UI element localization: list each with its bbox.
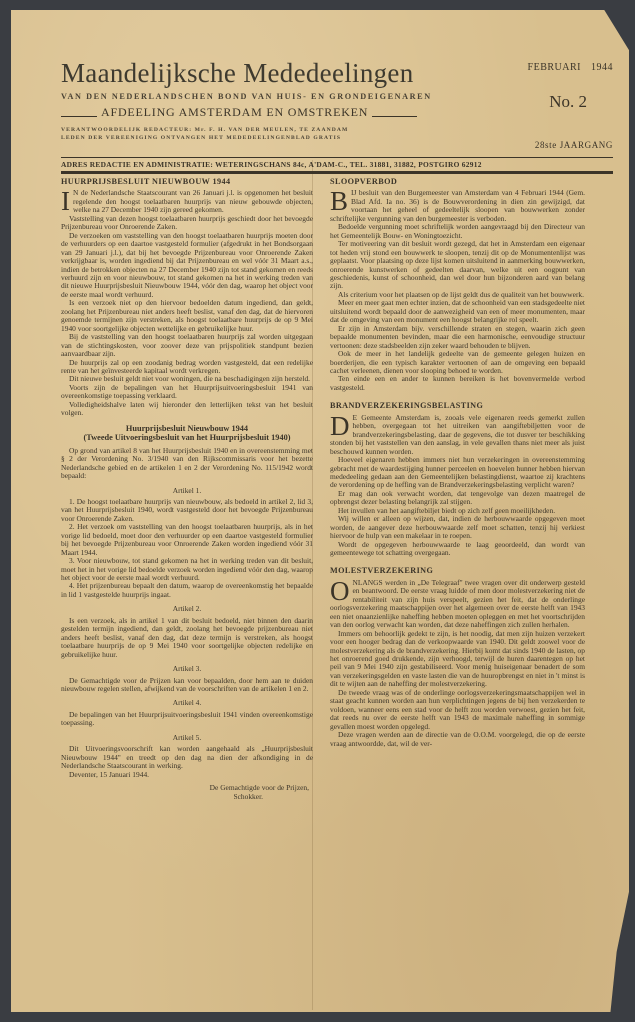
members-line: LEDEN DER VEREENIGING ONTVANGEN HET MEDE… (61, 134, 613, 142)
article-1-lid-1: 1. De hoogst toelaatbare huurprijs van n… (61, 498, 313, 523)
drop-cap: I (61, 190, 70, 212)
paragraph: De tweede vraag was of de onderlinge oor… (330, 689, 585, 731)
article-1-lid-4: 4. Het prijzenbureau bepaalt den datum, … (61, 582, 313, 599)
article-5-title: Artikel 5. (61, 734, 313, 742)
publisher-line: VAN DEN NEDERLANDSCHEN BOND VAN HUIS- EN… (61, 92, 613, 101)
place-and-date: Deventer, 15 Januari 1944. (61, 771, 313, 779)
drop-cap: B (330, 190, 348, 212)
divider-thick (61, 171, 613, 174)
article-4-text: De bepalingen van het Huurprijsuitvoerin… (61, 711, 313, 728)
paragraph: Voorts zijn de bepalingen van het Huurpr… (61, 384, 313, 401)
article-3-text: De Gemachtigde voor de Prijzen kan voor … (61, 677, 313, 694)
article-heading-brandverzekeringsbelasting: BRANDVERZEKERINGSBELASTING (330, 402, 585, 410)
issue-date: FEBRUARI1944 (518, 62, 613, 73)
paragraph: Immers om behoorlijk gedekt te zijn, is … (330, 630, 585, 689)
decree-title: Huurprijsbesluit Nieuwbouw 1944(Tweede U… (61, 424, 313, 443)
article-heading-sloopverbod: SLOOPVERBOD (330, 178, 585, 186)
paragraph: Ter motiveering van dit besluit wordt ge… (330, 240, 585, 291)
paragraph: Er mag dan ook verwacht worden, dat teng… (330, 490, 585, 507)
address-line: ADRES REDACTIE EN ADMINISTRATIE: WETERIN… (61, 160, 613, 169)
article-1-lid-3: 3. Voor nieuwbouw, tot stand gekomen na … (61, 557, 313, 582)
editor-line: VERANTWOORDELIJK REDACTEUR: Mr. F. H. VA… (61, 126, 613, 134)
paragraph: Is een verzoek niet op den hiervoor bedo… (61, 299, 313, 333)
paragraph: De huurprijs zal op een zoodanig bedrag … (61, 359, 313, 376)
paragraph: Vaststelling van dezen hoogst toelaatbar… (61, 215, 313, 232)
issue-year: 1944 (591, 62, 613, 73)
rule-left (61, 108, 97, 117)
signatory-title: De Gemachtigde voor de Prijzen, (61, 784, 313, 792)
rule-right (372, 108, 417, 117)
signatory-name: Schokker. (61, 793, 313, 801)
divider-thin (61, 157, 613, 158)
article-lead-paragraph: IN de Nederlandsche Staatscourant van 26… (61, 189, 313, 214)
left-column: HUURPRIJSBESLUIT NIEUWBOUW 1944 IN de Ne… (61, 178, 313, 801)
article-2-title: Artikel 2. (61, 605, 313, 613)
article-lead-paragraph: ONLANGS werden in „De Telegraaf" twee vr… (330, 579, 585, 630)
article-5-text: Dit Uitvoeringsvoorschrift kan worden aa… (61, 745, 313, 770)
article-4-title: Artikel 4. (61, 699, 313, 707)
volume-label: 28ste JAARGANG (535, 140, 613, 150)
paragraph: Ten einde een en ander te kunnen bereike… (330, 375, 585, 392)
issue-number: No. 2 (549, 92, 587, 112)
article-lead-paragraph: DE Gemeente Amsterdam is, zooals vele ei… (330, 414, 585, 456)
article-2-text: Is een verzoek, als in artikel 1 van dit… (61, 617, 313, 659)
department-name: AFDEELING AMSTERDAM EN OMSTREKEN (101, 105, 368, 120)
article-heading-molestverzekering: MOLESTVERZEKERING (330, 567, 585, 575)
masthead: Maandelijksche Mededeelingen FEBRUARI194… (61, 58, 613, 142)
drop-cap: D (330, 415, 350, 437)
article-3-title: Artikel 3. (61, 665, 313, 673)
paragraph: Ook de meer in het landelijk gedeelte va… (330, 350, 585, 375)
drop-cap: O (330, 580, 350, 602)
paragraph: Wordt de opgegeven herbouwwaarde te laag… (330, 541, 585, 558)
paragraph: Wij willen er alleen op wijzen, dat, ind… (330, 515, 585, 540)
article-lead-paragraph: BIJ besluit van den Burgemeester van Ams… (330, 189, 585, 223)
paragraph: Deze vragen werden aan de directie van d… (330, 731, 585, 748)
paragraph: Hoeveel eigenaren hebben immers niet hun… (330, 456, 585, 490)
right-column: SLOOPVERBOD BIJ besluit van den Burgemee… (330, 178, 585, 748)
paragraph: Volledigheidshalve laten wij hieronder d… (61, 401, 313, 418)
paragraph: De verzoeken om vaststelling van den hoo… (61, 232, 313, 300)
paragraph: Meer en meer gaat men echter inzien, dat… (330, 299, 585, 324)
paragraph: Er zijn in Amsterdam bijv. verschillende… (330, 325, 585, 350)
paragraph: Bij de vaststelling van den hoogst toela… (61, 333, 313, 358)
issue-month: FEBRUARI (528, 62, 581, 73)
article-heading-huurprijsbesluit: HUURPRIJSBESLUIT NIEUWBOUW 1944 (61, 178, 313, 186)
article-1-lid-2: 2. Het verzoek om vaststelling van den h… (61, 523, 313, 557)
department-line: AFDEELING AMSTERDAM EN OMSTREKEN (61, 105, 441, 120)
paragraph: Bedoelde vergunning moet schriftelijk wo… (330, 223, 585, 240)
decree-preamble: Op grond van artikel 8 van het Huurprijs… (61, 447, 313, 481)
article-1-title: Artikel 1. (61, 487, 313, 495)
